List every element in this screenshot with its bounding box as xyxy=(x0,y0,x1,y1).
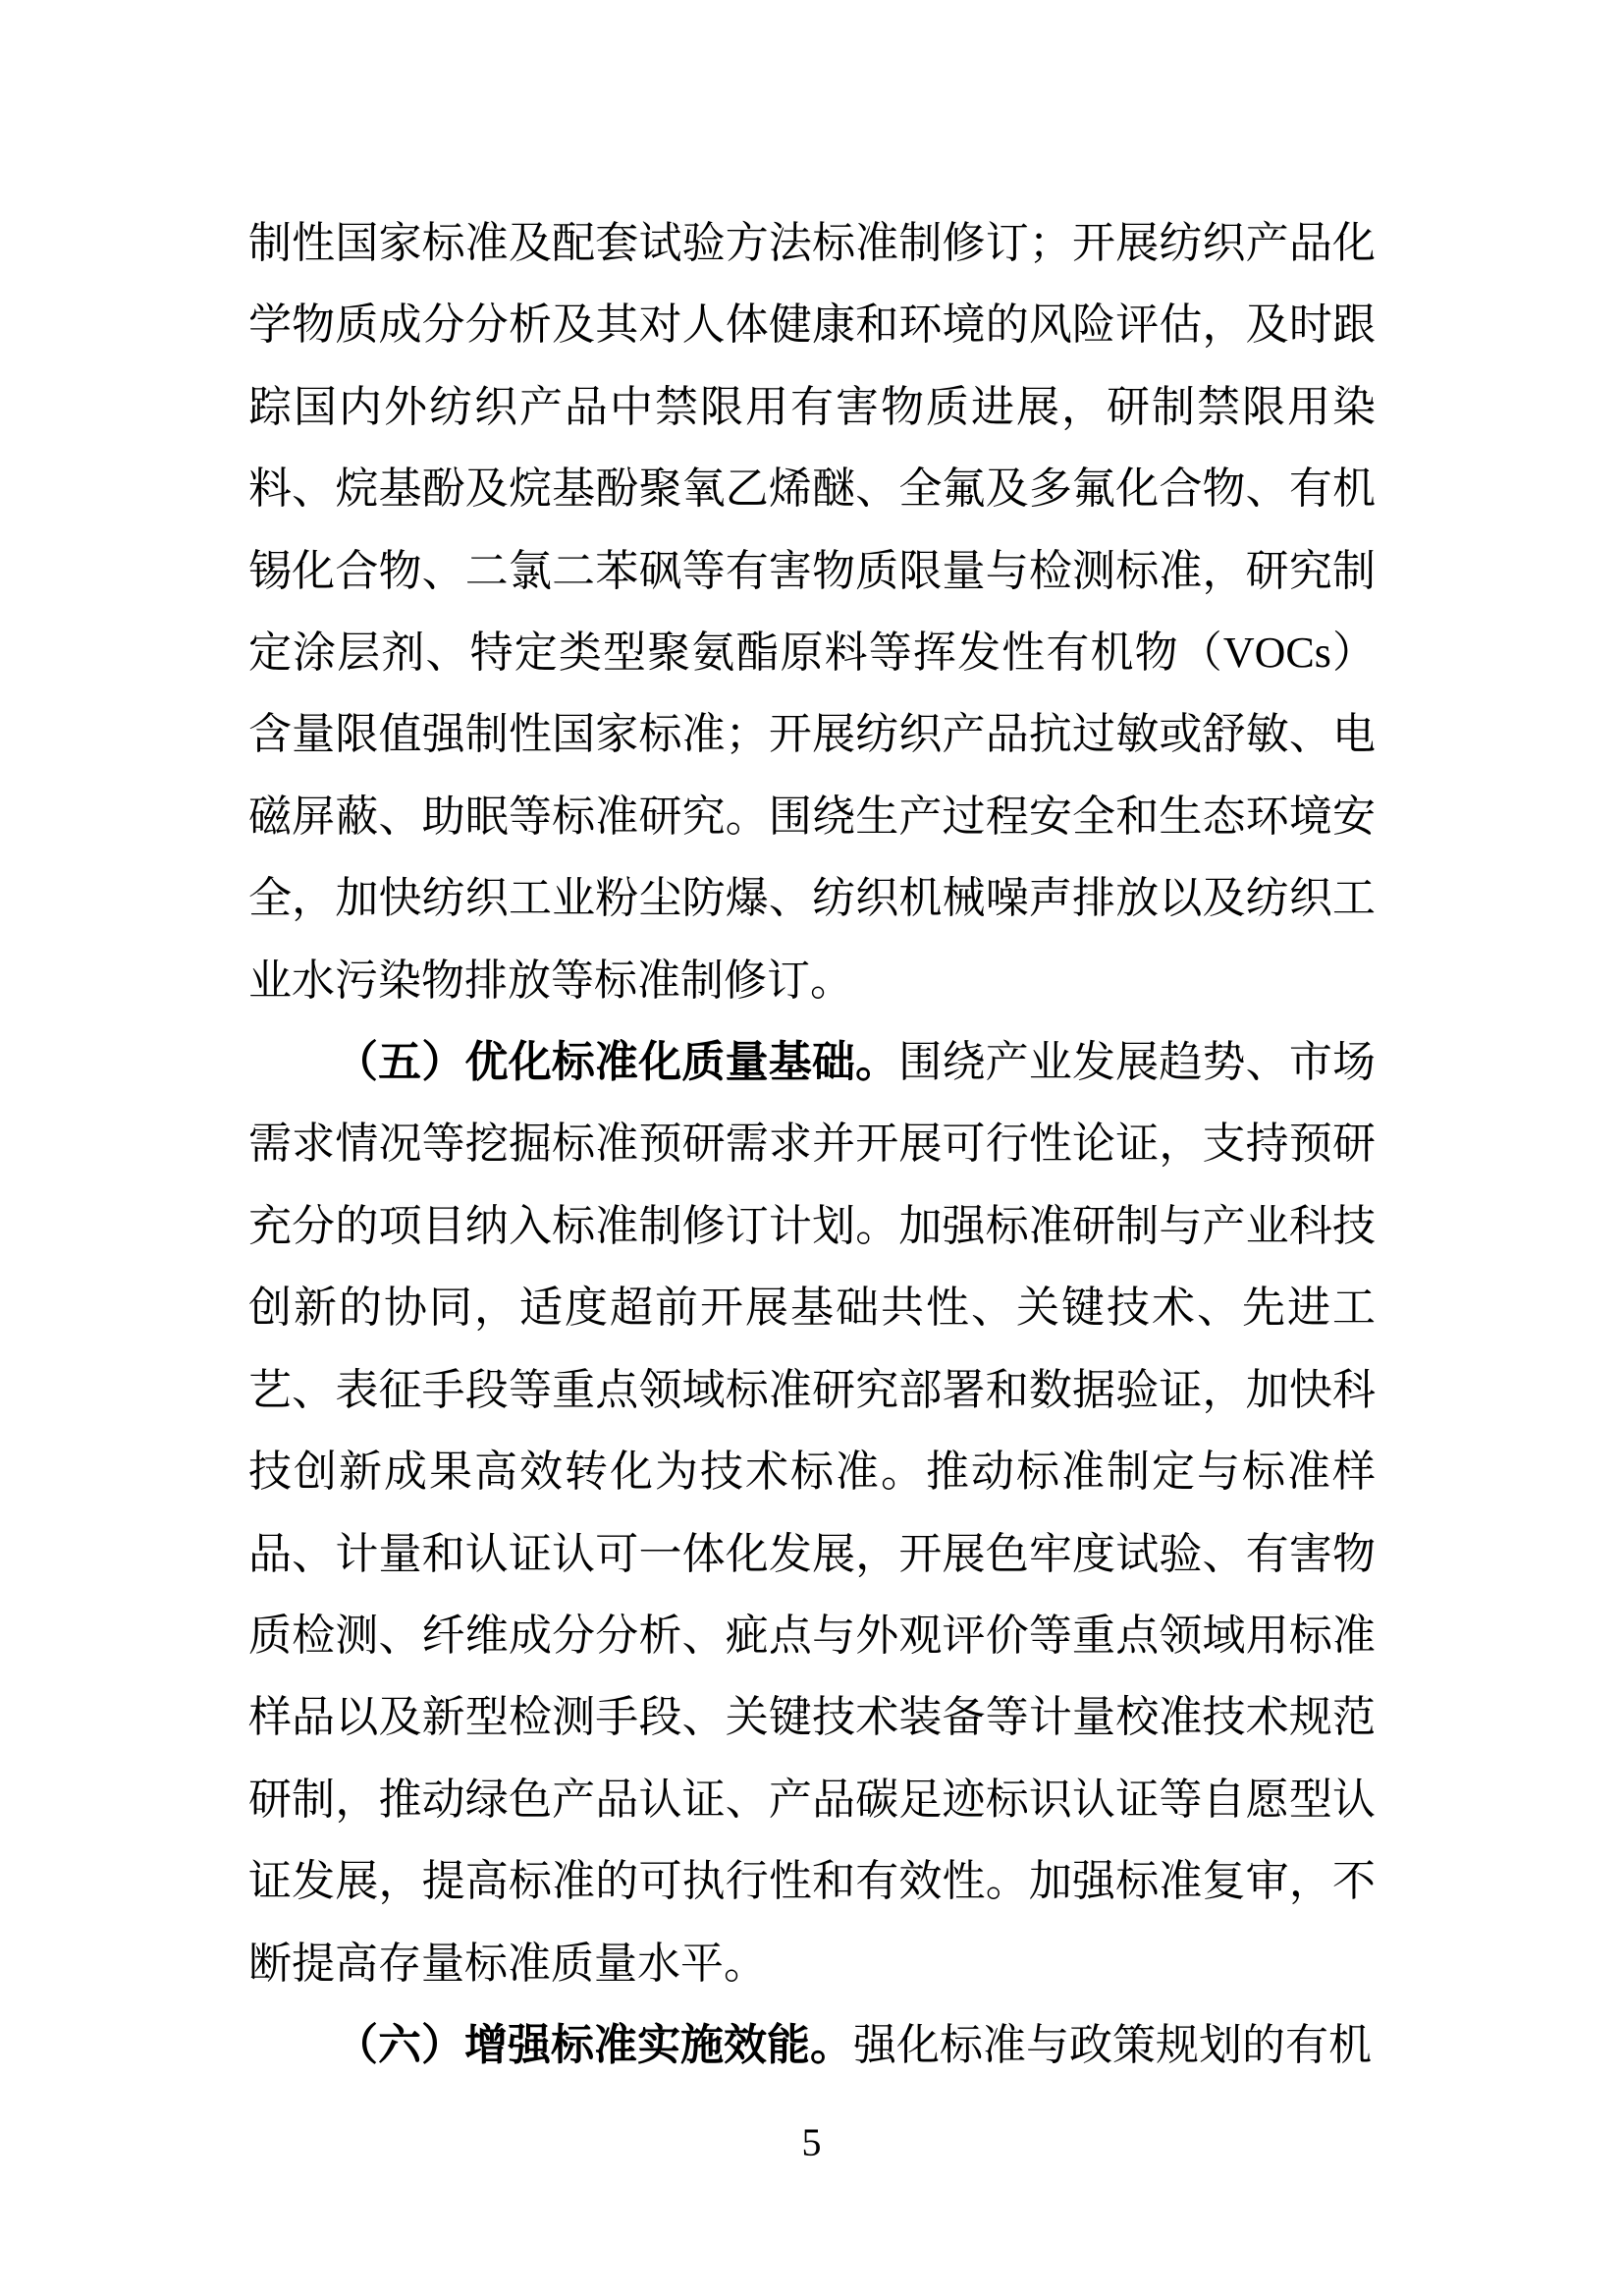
section-5-heading: （五）优化标准化质量基础。 xyxy=(335,1038,898,1086)
page-number: 5 xyxy=(0,2121,1623,2164)
paragraph-text: 制性国家标准及配套试验方法标准制修订；开展纺织产品化学物质成分分析及其对人体健康… xyxy=(248,219,1376,1005)
paragraph-continuation: 制性国家标准及配套试验方法标准制修订；开展纺织产品化学物质成分分析及其对人体健康… xyxy=(248,202,1376,1021)
document-page: 制性国家标准及配套试验方法标准制修订；开展纺织产品化学物质成分分析及其对人体健康… xyxy=(0,0,1623,2296)
paragraph-section-5: （五）优化标准化质量基础。围绕产业发展趋势、市场需求情况等挖掘标准预研需求并开展… xyxy=(248,1021,1376,2004)
body-text: 制性国家标准及配套试验方法标准制修订；开展纺织产品化学物质成分分析及其对人体健康… xyxy=(248,202,1376,2086)
section-6-heading: （六）增强标准实施效能。 xyxy=(335,2021,853,2069)
section-6-text: 强化标准与政策规划的有机 xyxy=(853,2021,1372,2069)
section-5-text: 围绕产业发展趋势、市场需求情况等挖掘标准预研需求并开展可行性论证，支持预研充分的… xyxy=(248,1038,1376,1987)
paragraph-section-6: （六）增强标准实施效能。强化标准与政策规划的有机 xyxy=(248,2004,1376,2086)
